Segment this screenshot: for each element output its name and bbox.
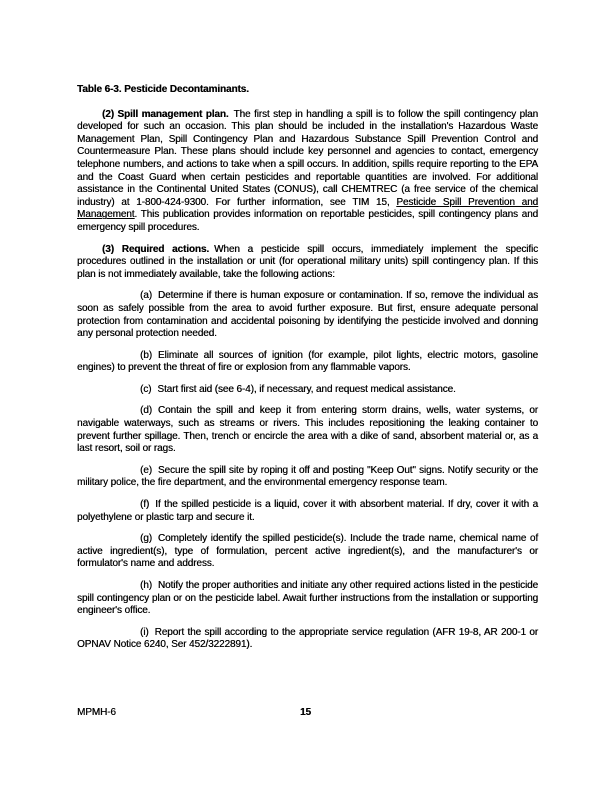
item-label: (d) <box>140 405 152 416</box>
list-item-b: (b)Eliminate all sources of ignition (fo… <box>77 350 538 375</box>
paragraph-lead: (2) Spill management plan. <box>102 109 229 120</box>
table-caption: Table 6-3. Pesticide Decontaminants. <box>77 84 538 97</box>
list-item-i: (i)Report the spill according to the app… <box>77 627 538 652</box>
item-text: Start first aid (see 6-4), if necessary,… <box>157 384 455 395</box>
paragraph-text: The first step in handling a spill is to… <box>77 109 538 208</box>
list-item-d: (d)Contain the spill and keep it from en… <box>77 405 538 455</box>
item-label: (c) <box>140 384 151 395</box>
paragraph-lead: (3) Required actions. <box>102 244 209 255</box>
list-item-e: (e)Secure the spill site by roping it of… <box>77 465 538 490</box>
item-label: (f) <box>140 499 149 510</box>
paragraph-text: . This publication provides information … <box>77 209 538 233</box>
item-label: (i) <box>140 627 149 638</box>
paragraph-spill-management-plan: (2) Spill management plan.The first step… <box>77 109 538 235</box>
item-label: (b) <box>140 350 152 361</box>
list-item-f: (f)If the spilled pesticide is a liquid,… <box>77 499 538 524</box>
item-label: (e) <box>140 465 152 476</box>
list-item-g: (g)Completely identify the spilled pesti… <box>77 533 538 571</box>
document-page: Table 6-3. Pesticide Decontaminants. (2)… <box>0 0 611 792</box>
list-item-a: (a)Determine if there is human exposure … <box>77 290 538 340</box>
page-content: Table 6-3. Pesticide Decontaminants. (2)… <box>77 84 538 661</box>
list-item-c: (c)Start first aid (see 6-4), if necessa… <box>77 384 538 397</box>
list-item-h: (h)Notify the proper authorities and ini… <box>77 580 538 618</box>
paragraph-required-actions: (3) Required actions.When a pesticide sp… <box>77 244 538 282</box>
item-label: (h) <box>140 580 152 591</box>
item-label: (g) <box>140 533 152 544</box>
footer-page-number: 15 <box>0 707 611 720</box>
item-label: (a) <box>140 290 152 301</box>
